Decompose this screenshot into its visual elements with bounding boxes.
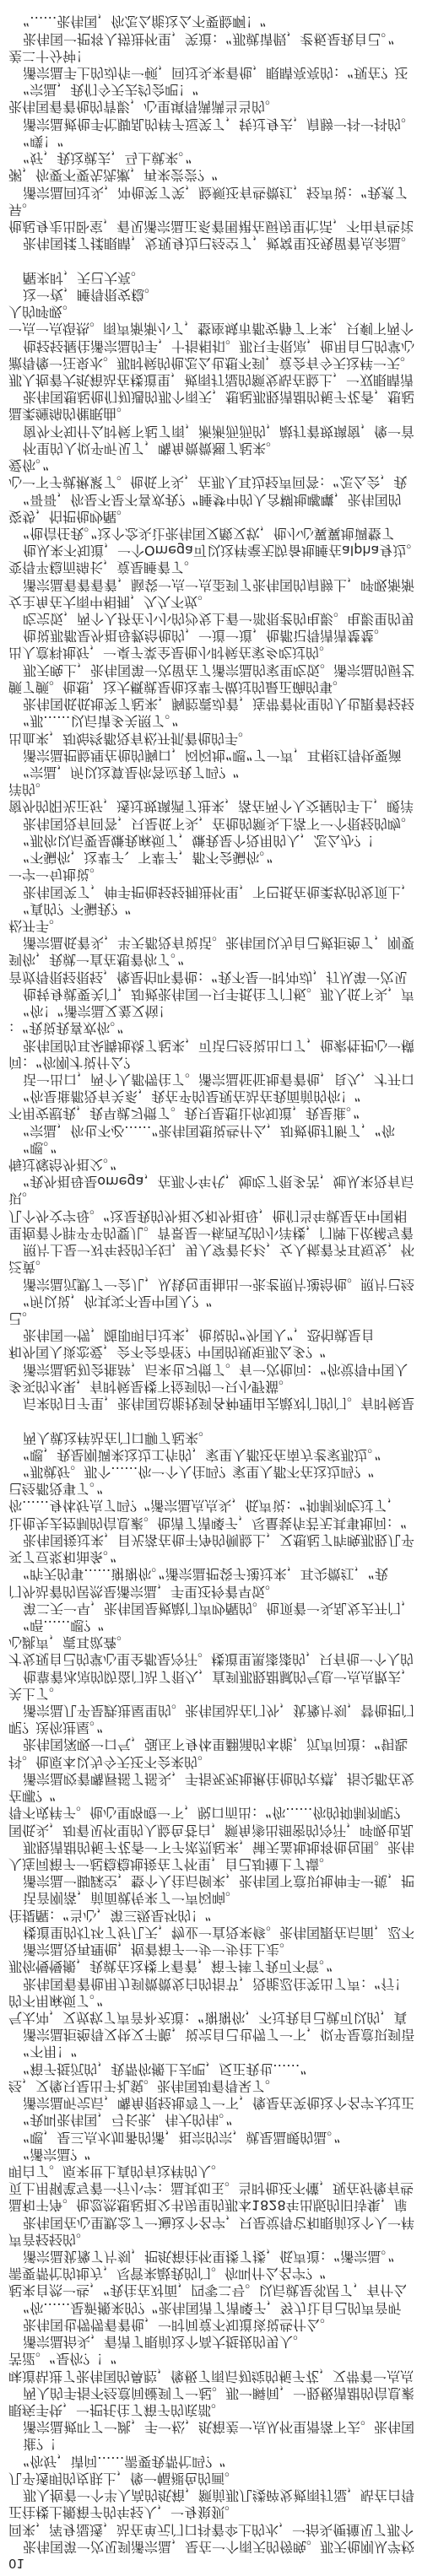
text-line: 在哪？” <box>0 1787 422 1804</box>
text-line: 张伟国第一次见到潘宗温，是在一个雨天的傍晚。那天他刚从学校 <box>0 2538 422 2555</box>
text-line: 关上了。 <box>0 1685 422 1702</box>
text-line: 潘宗温被吓了一跳，手一松，纸箱差一点从怀里滑落下去。张伟国 <box>0 2418 422 2435</box>
text-line: 几个外文字母。“这是我的外祖父和外祖母，他们当年就是在中国相 <box>0 1207 422 1224</box>
text-line: 澈得像一汪泉水。那时候的他怎么也想不到，竟会有今天这样一天。 <box>0 354 422 371</box>
text-line: “宗温，你也不必……”张伟国想说些什么，却被他打断了，“你 <box>0 1121 422 1138</box>
text-line: “……张伟国，你怎么能这么不要脸啊！” <box>0 13 422 30</box>
text-line: 潘宗温起初会推辞，后来也习惯了。有一次他问：“你觉得中国人 <box>0 1360 422 1377</box>
text-line: “那你以后要是嫌我麻烦了，嫌我是个没用的人，怎么办？！ <box>0 832 422 849</box>
text-line: “嗯，我是刚调来这边工作的，家里人都还在南方老家那边。” <box>0 1446 422 1463</box>
text-line: 楼道里的灯坏了好几天，物业一直没来修。张伟国跟在后面，忍不 <box>0 1924 422 1941</box>
text-line: “嗯，是三点水加番的潘，祖宗的宗，就是温暖的温。” <box>0 2128 422 2145</box>
text-line: 照片上是一对年轻的夫妇，男人穿着长衫，女人梳着齐耳短发，怀 <box>0 1241 422 1258</box>
text-line: 正往楼上搬箱子的年轻人，一身狼狈。 <box>0 2503 422 2520</box>
text-line: “箱子挺沉的，我帮你搬上去吧，反正我也……” <box>0 2060 422 2076</box>
text-line: 呢？送你进屋。” <box>0 1719 422 1736</box>
text-line: 你……身体好点了吗？”潘宗温点点头，低声说：“抑制剂吃过了， <box>0 1497 422 1514</box>
text-line: 潘宗温拒绝得又快又干脆，说完自己也愣了一下，似乎是意识到语 <box>0 2026 422 2043</box>
text-line: 那人抱着一个半人高的纸箱，额前那几缕碎发被雨打湿，贴在白得 <box>0 2487 422 2503</box>
text-line: 心一下子就揪紧了。他低下头，在那人耳边轻声回答：“怎么会，我 <box>0 473 422 490</box>
text-line: 潘宗温一脚踩空，整个人往后倒来，张伟国下意识地伸手一揽，把 <box>0 1872 422 1889</box>
text-line: 颤了颤。他想，这大概就是他这辈子做过的最正确的事。 <box>0 678 422 695</box>
text-line: 洋的。 <box>0 780 422 797</box>
text-line: 他说那都是外祖母教给他的，一道一道，他都记得清清楚楚。 <box>0 627 422 644</box>
text-line: 他靠着冰凉的防盗门站了很久，直到那股甜腻的气息一点点散去， <box>0 1667 422 1684</box>
text-line: 张伟国没有回答，只是低下头，在他的额头上落下一个很轻的吻。 <box>0 814 422 831</box>
text-line: “好，我这就去，马上就来。” <box>0 149 422 166</box>
text-line: 潘宗温听完后，嘴角很轻地弯了一下，像是在笑他这个名字太过正 <box>0 2094 422 2111</box>
text-line: 张伟国低低地笑了起来，胸腔震动着，连带着怀里的人也跟着轻轻 <box>0 695 422 712</box>
text-line: 谁？！ <box>0 2435 422 2452</box>
text-line: 他转身就要关门，却被张伟国一只手抵住了门板。那人低下头，声 <box>0 986 422 1002</box>
text-line: 需要帮忙的地方，尽管来敲我的门。你叫什么名字？” <box>0 2265 422 2282</box>
text-line: 潘宗温被他手忙脚乱的样子逗笑了，转过身去，肩膀一抖一抖的。 <box>0 116 422 132</box>
text-line: 泛黄。 <box>0 1258 422 1275</box>
text-line: 眼疾手快，一把托住了箱子的底部。 <box>0 2401 422 2418</box>
text-line: 潘宗温几乎是跌进屋里的。张伟国站在门外，犹豫片刻，替他把门 <box>0 1702 422 1719</box>
text-line: 吃完饭，两个人挤在小小的沙发上看一部很老的电影。电影里的男 <box>0 610 422 627</box>
text-line: 温柔缠绵的催眠曲。 <box>0 405 422 422</box>
text-line: ：“我说我喜欢你。” <box>0 1019 422 1036</box>
text-line: 和外国人谈恋爱，会不会奇怪？中国的规矩那么多？” <box>0 1343 422 1360</box>
text-line: 话一出口，两个人都愣住了。潘宗温怔怔地看着他，良久，才开口 <box>0 1071 422 1088</box>
text-line: 潘宗温犹豫了片刻，把纸箱往怀里搂了搂，低声道：“潘宗温。” <box>0 2248 422 2265</box>
text-line: 那天晚上，张伟国第一次留在了潘宗温的家里吃饭。潘宗温的厨艺 <box>0 662 422 678</box>
text-line: 张伟国一愣，随即明白过来，他说的“外国人”，恐怕就是自 <box>0 1326 422 1343</box>
text-line: 潘宗温咬着嘴唇摇了摇头，手指死死地揪住他的衣襟，指尖都在发 <box>0 1770 422 1787</box>
text-line: 不用安慰我，我早就习惯了。我只是想让你知道，我是谁。” <box>0 1104 422 1121</box>
text-line: “唔……嗯？” <box>0 1617 422 1634</box>
text-line: 的不用麻烦了。” <box>0 1992 422 2009</box>
text-line: 女主角在大雨中相拥，久久不放。 <box>0 593 422 610</box>
text-line: 温和干净。他忽然想起祖父书房里的那本1828年出版的旧诗集，扉 <box>0 2196 422 2213</box>
text-line: 窗外的阳光正好，透过玻璃洒了进来，落在两个人交握的手上，暖洋 <box>0 797 422 814</box>
text-line: “昨天的事……谢谢你。”潘宗温把袋子递过来，耳尖微红，“我 <box>0 1565 422 1582</box>
text-line: 张伟国接过来，目光落在他干净的侧脸上，又想起了昨晚那股几乎 <box>0 1531 422 1548</box>
text-line: “哥哥，你是不是不喜欢我？”睡梦中的人含糊地嘟囔，张伟国的 <box>0 490 422 507</box>
text-line: “我外祖母是omega，在那个年代，她吃了很多苦，她从来没有后 <box>0 1173 422 1190</box>
text-line: 醒来时，天已大亮。 <box>0 268 422 285</box>
text-line: “那……以后请多关照了。” <box>0 712 422 729</box>
text-line: 异。 <box>0 201 422 218</box>
text-line: 潘宗温没再理他，抱着箱子一步一步往上走。 <box>0 1941 422 1958</box>
text-line: 几乎透明的皮肤上，像一幅褪色的画。 <box>0 2470 422 2487</box>
text-line: 得不成样子。他心里咯噔一下，脱口而出：“你……你的抑制剂呢？ <box>0 1804 422 1821</box>
blank-line <box>0 251 422 268</box>
text-line: 潘宗温回过头，冲他笑了笑，脸颊还有些微红，轻声说：“我煮了 <box>0 183 422 200</box>
text-line: “你好，请问……需要我帮忙吗？” <box>0 2452 422 2469</box>
text-line: 他从来不知道，一个Omega可以这样毫无防备地睡在alpha身边。 <box>0 542 422 559</box>
text-line: 张伟国也愣愣看着他，一时间竟不知道该说些什么。 <box>0 2316 422 2333</box>
text-line: “我叫张伟国，弓长张，伟大的伟。” <box>0 2111 422 2128</box>
page-number: 01 <box>0 2555 422 2572</box>
text-line: 心跳声，震耳欲聋。 <box>0 1634 422 1650</box>
text-line: 门外站着的居然是潘宗温，手里还拎着早饭。 <box>0 1582 422 1599</box>
text-line: 那股清甜的栀子花香一下子浓烈起来，铺天盖地地将他包围。张伟 <box>0 1839 422 1855</box>
text-line: 窗外不知什么时候下起了雨，淅淅沥沥的，敲打着玻璃窗，像一首 <box>0 422 422 439</box>
text-line: “不骗你，这辈子、下辈子，都不会骗你。” <box>0 849 422 866</box>
text-line: “所以说，你其实不是中国人？” <box>0 1293 422 1310</box>
text-line: “他信任我。”这个念头让张伟国又酸又软，他小心翼翼地调整了 <box>0 525 422 542</box>
text-line: 变得平稳而绵长，竟是睡着了。 <box>0 559 422 575</box>
text-line: 经，又像只是出于礼貌。张伟国却看得呆了。 <box>0 2077 422 2094</box>
text-line: 粥，你要不要先洗漱，再来尝尝？” <box>0 166 422 183</box>
text-line: “噗！” <box>0 132 422 149</box>
text-line: 到你，我就一直在想着你了。” <box>0 951 422 968</box>
text-line: “你！”潘宗温又羞又恼！ <box>0 1002 422 1019</box>
text-line: 两人的手指不经意间碰到了一起。那一瞬间，一股极清甜的信息素 <box>0 2384 422 2401</box>
text-line: 他起身走出卧室，看见潘宗温正系着围裙在厨房里忙活，不由有些诧 <box>0 218 422 235</box>
text-line: 张伟国揉了揉眼睛，发现身边已经空了，被窝里还残留着点余温。 <box>0 235 422 251</box>
text-line: 气太冲，又放软了声音补充道：“谢谢你，不过我自己就可以的，真 <box>0 2009 422 2026</box>
text-line: 已经都没事了。” <box>0 1480 422 1497</box>
text-line: 张伟国看着他用力到微微发白的指节，没能忍住笑出了声：“行！ <box>0 1974 422 1991</box>
text-line: 张伟国想起他们初遇的那个雨天，想起那股清甜的栀子花香，想起 <box>0 388 422 405</box>
text-line: 张伟国看着他的背影，心里填得满满当当的。 <box>0 98 422 115</box>
text-line: 潘宗温抬头，看清了眼前这个高大挺拔的男人。 <box>0 2333 422 2350</box>
text-line: 起来自然一些，“我住在对面，四零二号。以后就是邻居了，有什么 <box>0 2282 422 2298</box>
text-line: 悔过嫁给外祖父。” <box>0 1156 422 1173</box>
text-line: “嗯。” <box>0 1139 422 1156</box>
text-line: 出血来，却始终都没有松开抓着他的手。 <box>0 729 422 746</box>
text-line: “潘宗温？” <box>0 2146 422 2163</box>
blank-line <box>0 1412 422 1428</box>
text-line: 差二十分钟！ <box>0 47 422 64</box>
text-line: 一字一句地说。 <box>0 866 422 883</box>
text-line: 一点一点焐热。雨声渐渐小了，整座城市都安静了下来，只剩下两个 <box>0 320 422 337</box>
text-line: 张伟国一把将人捞进怀里，笑道：“那就请假，老板是我自己。” <box>0 30 422 46</box>
text-line: “宗温，我们今天去约会吧！” <box>0 81 422 98</box>
text-line: 出人意料地好，一桌子菜全是他小时候在家乡吃过的。 <box>0 644 422 661</box>
text-line: 苦涩。“是你？！” <box>0 2350 422 2367</box>
text-line: 回来，浑身湿透，站在单元门口抖着伞上的水，一抬头便撞见了那个 <box>0 2520 422 2537</box>
text-line: 人连同箱子一起稳稳地接在了怀里，自己却撞上了墙。 <box>0 1855 422 1872</box>
text-line: 识。 <box>0 1190 422 1207</box>
text-line: 抖。他原本以为今天还不会来的。 <box>0 1753 422 1770</box>
text-line: 话音刚落，前面就传来了一声闷响。 <box>0 1889 422 1906</box>
text-line: 他轻轻握住潘宗温的手，十指相扣。那只手很凉，他用自己的掌心 <box>0 337 422 354</box>
text-line: 潘宗温把脸埋在他的胸口，闷闷地“嗯”了一声，耳根红得快要滴 <box>0 747 422 764</box>
text-line: “宗温，所以这算是你答应我了吗？” <box>0 764 422 780</box>
text-line: 潘宗温手上的动作一顿，回过头来看他，眼睛亮亮的：“现在？还 <box>0 64 422 81</box>
text-line: 姿势，怕把他吵醒。 <box>0 508 422 525</box>
text-line: 两人就这样站在门口聊了起来。 <box>0 1428 422 1445</box>
text-line: 张伟国笑了，伸手把他轻轻拥进怀里，下巴抵在他柔软的发顶上， <box>0 883 422 899</box>
text-line: 住提醒：“当心，第三级是坏的！” <box>0 1906 422 1923</box>
text-line: 己。 <box>0 1310 422 1326</box>
text-line: 音放得很轻很轻，像是怕吓着他：“我不是一时冲动，打从第一次见 <box>0 968 422 985</box>
text-line: 页上用钢笔写着一行小字：温其如玉。当时他还不懂，现在好像有些 <box>0 2179 422 2196</box>
document-page: 01 张伟国第一次见到潘宗温，是在一个雨天的傍晚。那天他刚从学校 回来，浑身湿透… <box>0 0 422 2576</box>
text-line: 那人抱着大纸箱站在楼道里，被雨打湿的额发贴在脸上，一双眼睛清 <box>0 371 422 388</box>
text-line: 国低头，却看见怀里的人脸色苍白，额角渗出细密的冷汗，呼吸也乱 <box>0 1821 422 1838</box>
text-line: 第二天一早，张伟国是被敲门声吵醒的。他顶着一头乱发去开门， <box>0 1600 422 1617</box>
text-line: 买了豆浆和油条。” <box>0 1548 422 1565</box>
text-line: 这一夜，睡得很安稳。 <box>0 286 422 303</box>
text-line: 人的呼吸。 <box>0 303 422 320</box>
text-line: 声音轻轻的。 <box>0 2231 422 2248</box>
text-line: 味道钻进了张伟国的鼻腔，像极了雨后初绽的栀子花，又带着一点点 <box>0 2367 422 2384</box>
text-line: 明白了。原来世上真的有这样的人。 <box>0 2163 422 2179</box>
text-line: 爱你。” <box>0 456 422 473</box>
text-line: 问：“你刚才说什么？ <box>0 1054 422 1071</box>
text-line: 怀里的人似乎听见了，嘴角微微翘了起来。 <box>0 440 422 456</box>
text-line: 潘宗温看着看着，脑袋一点一点歪到了张伟国的肩膀上，呼吸渐渐 <box>0 575 422 592</box>
text-line: 才发现自己的掌心里全都是冷汗。楼道里黑漆漆的，只有他一个人的 <box>0 1650 422 1667</box>
text-line: 让他失去控制的信息素。他清了清嗓子，尽量装作若无其事地问：“ <box>0 1514 422 1531</box>
text-line: 多买的水果，有时候是楼下捡到的一只小野猫。 <box>0 1378 422 1395</box>
text-line: “真的？不骗我？” <box>0 900 422 917</box>
text-line: “那就好。那个……你一个人住吗？家里人都不在这边吗？” <box>0 1463 422 1480</box>
text-line: 松开手。 <box>0 917 422 934</box>
text-line: “你是谁都没有关系，我在乎的是现在站在我面前的你！” <box>0 1088 422 1104</box>
text-line: 里抱着个胖乎乎的婴儿。背景是一栋西式的小洋楼，门牌上依稀写着 <box>0 1224 422 1241</box>
text-line: 潘宗温沉默了一会儿，从钱包里抽出一张老照片递给他。照片已经 <box>0 1275 422 1292</box>
text-line: 后来的日子里，张伟国总能找到各种理由去敲对门的门。有时候是 <box>0 1395 422 1412</box>
text-line: 张伟国深吸一口气，强压下身体里翻涌的本能，沉声问道：“钥匙 <box>0 1736 422 1752</box>
text-line: 张伟国的耳朵腾地烧了起来，可话已经说出口了，他索性把心一横 <box>0 1036 422 1053</box>
text-line: 张伟国在心里默念了一遍这个名字，只是觉得它和眼前这个人一样 <box>0 2213 422 2230</box>
text-line: “你……是新搬来的？”张伟国清了清嗓子，努力让自己的声音听 <box>0 2299 422 2316</box>
text-line: “不用！” <box>0 2043 422 2060</box>
text-line: 潘宗温低着头，半天都没有说话。张伟国以为自己被拒绝了，刚要 <box>0 934 422 951</box>
text-line: 那你慢慢搬，我就在这楼下看着，箱子摔了我可不管。” <box>0 1958 422 1974</box>
